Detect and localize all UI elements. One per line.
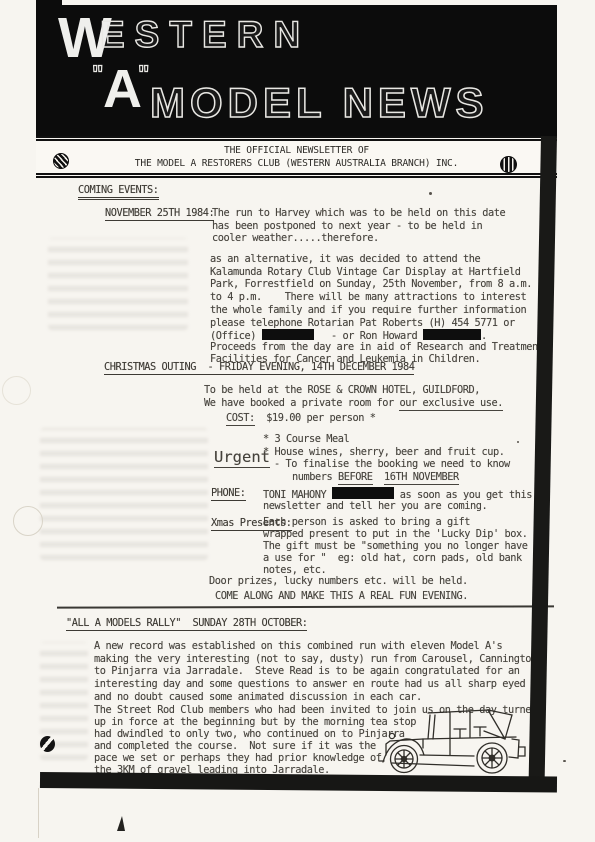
masthead-banner: W ESTERN " A " MODEL NEWS [36, 5, 557, 136]
scanned-newsletter-page: W ESTERN " A " MODEL NEWS THE OFFICIAL N… [0, 0, 595, 842]
cost-line: COST: $19.00 per person * [226, 412, 376, 425]
masthead-estern: ESTERN [100, 14, 310, 56]
vintage-car-illustration [376, 699, 534, 776]
bleed-through-smudge [40, 428, 208, 560]
hole-punch [2, 376, 31, 405]
bleed-through-smudge [48, 238, 188, 330]
redaction-block [332, 487, 394, 499]
scan-edge-bar-bottom [40, 772, 557, 793]
redaction-block [262, 329, 314, 340]
masthead-quote-close: " [138, 61, 149, 89]
rally-heading: "ALL A MODELS RALLY" SUNDAY 28TH OCTOBER… [66, 617, 307, 630]
christmas-outing-heading: CHRISTMAS OUTING - FRIDAY EVENING, 14TH … [104, 361, 414, 374]
rally-paragraph-2: had dwindled to only two, who continued … [94, 729, 404, 777]
door-prizes-line: Door prizes, lucky numbers etc. will be … [209, 575, 468, 588]
scan-mark-triangle [117, 816, 125, 831]
closing-line: COME ALONG AND MAKE THIS A REAL FUN EVEN… [215, 590, 468, 603]
subheader-text: THE OFFICIAL NEWSLETTER OF THE MODEL A R… [135, 144, 458, 170]
xmas-presents-text: Each person is asked to bring a gift wra… [263, 517, 527, 577]
ink-speck [563, 760, 566, 762]
subheader-bar: THE OFFICIAL NEWSLETTER OF THE MODEL A R… [36, 136, 557, 178]
phone-line2: newsletter and tell her you are coming. [263, 500, 487, 513]
wheel-icon [53, 153, 69, 169]
phone-label: PHONE: [211, 487, 246, 500]
scan-mark-ball [40, 736, 55, 752]
fold-crease [38, 788, 39, 838]
redaction-block [423, 329, 481, 340]
november-paragraph-1: The run to Harvey which was to be held o… [212, 207, 505, 245]
masthead-model-news: MODEL NEWS [150, 79, 489, 127]
november-paragraph-2: as an alternative, it was decided to att… [210, 253, 532, 329]
cost-bullets: * 3 Course Meal * House wines, sherry, b… [263, 433, 504, 459]
masthead-letter-a: A [103, 58, 142, 120]
coming-events-heading: COMING EVENTS: [78, 184, 159, 197]
section-divider-rule [57, 605, 554, 609]
hole-punch [13, 506, 43, 536]
november-date-label: NOVEMBER 25TH 1984: [105, 207, 214, 220]
wheel-icon [500, 156, 517, 173]
subheader-line1: THE OFFICIAL NEWSLETTER OF [135, 144, 458, 157]
urgent-line1: - To finalise the booking we need to kno… [274, 458, 510, 471]
ink-speck [429, 192, 432, 195]
ink-speck [517, 441, 519, 443]
masthead-quote-open: " [92, 61, 103, 89]
urgent-label: Urgent [214, 451, 270, 464]
christmas-venue: To be held at the ROSE & CROWN HOTEL, GU… [204, 384, 503, 410]
subheader-line2: THE MODEL A RESTORERS CLUB (WESTERN AUST… [135, 157, 458, 170]
urgent-line2: numbers BEFORE 16TH NOVEMBER [292, 471, 459, 484]
scan-edge-strip-right [528, 136, 557, 788]
vintage-car-svg [376, 699, 534, 776]
